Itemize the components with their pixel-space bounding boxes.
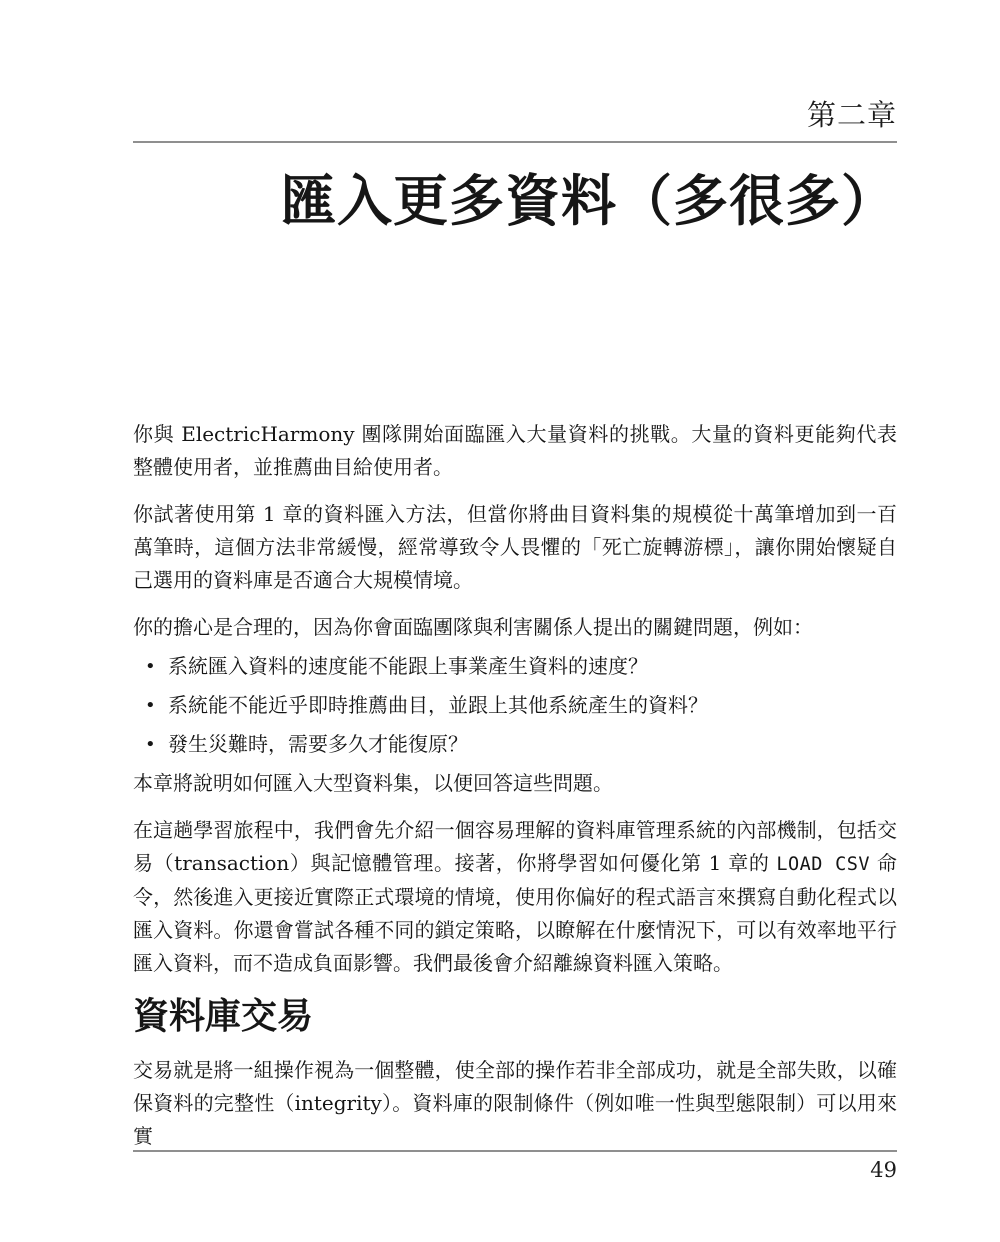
paragraph-journey: 在這趟學習旅程中，我們會先介紹一個容易理解的資料庫管理系統的內部機制，包括交易（… — [133, 814, 897, 980]
paragraph-attempt: 你試著使用第 1 章的資料匯入方法，但當你將曲目資料集的規模從十萬筆增加到一百萬… — [133, 498, 897, 597]
inline-code-load-csv: LOAD CSV — [776, 854, 870, 875]
list-item: 發生災難時，需要多久才能復原？ — [168, 728, 897, 761]
header-rule — [133, 141, 897, 143]
section-heading-database-transactions: 資料庫交易 — [133, 994, 897, 1040]
chapter-title: 匯入更多資料（多很多） — [133, 170, 897, 232]
list-item: 系統能不能近乎即時推薦曲目，並跟上其他系統產生的資料？ — [168, 689, 897, 722]
book-page: 第二章 匯入更多資料（多很多） 你與 ElectricHarmony 團隊開始面… — [0, 0, 1000, 1242]
paragraph-answer: 本章將說明如何匯入大型資料集，以便回答這些問題。 — [133, 767, 897, 800]
page-number: 49 — [133, 1158, 897, 1182]
list-item: 系統匯入資料的速度能不能跟上事業產生資料的速度？ — [168, 650, 897, 683]
page-content: 第二章 匯入更多資料（多很多） 你與 ElectricHarmony 團隊開始面… — [0, 97, 1000, 1153]
paragraph-intro: 你與 ElectricHarmony 團隊開始面臨匯入大量資料的挑戰。大量的資料… — [133, 418, 897, 484]
question-list: 系統匯入資料的速度能不能跟上事業產生資料的速度？ 系統能不能近乎即時推薦曲目，並… — [133, 650, 897, 761]
footer-rule — [133, 1150, 897, 1152]
paragraph-transaction: 交易就是將一組操作視為一個整體，使全部的操作若非全部成功，就是全部失敗，以確保資… — [133, 1054, 897, 1153]
paragraph-concern: 你的擔心是合理的，因為你會面臨團隊與利害關係人提出的關鍵問題，例如： — [133, 611, 897, 644]
chapter-label: 第二章 — [133, 97, 897, 133]
page-footer: 49 — [133, 1150, 897, 1182]
